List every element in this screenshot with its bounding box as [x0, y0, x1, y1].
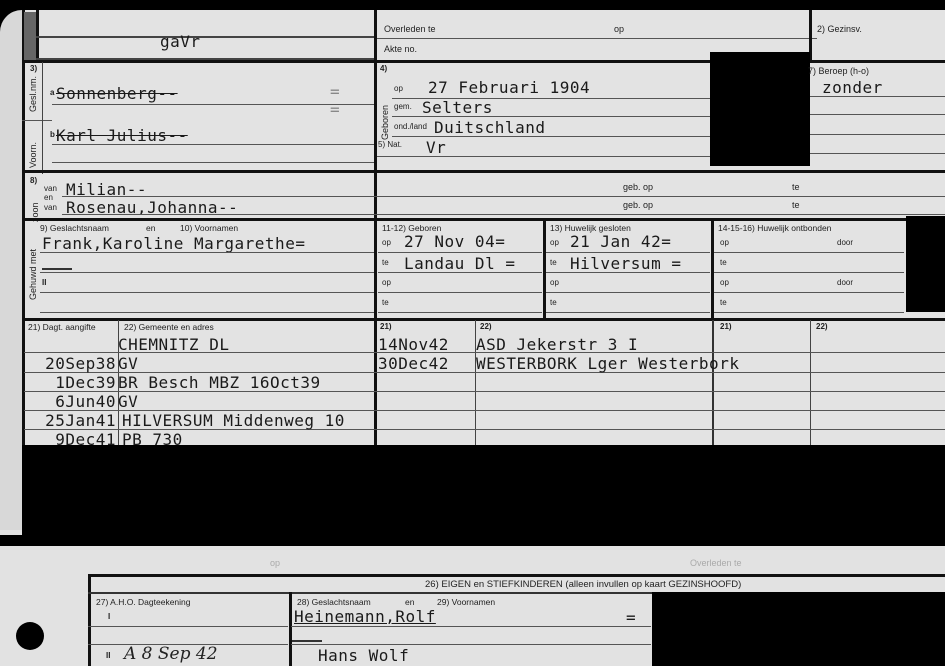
form-border-left — [88, 574, 91, 666]
married-on-value: 21 Jan 42= — [570, 232, 671, 251]
dissolved-on-label: op — [720, 238, 729, 247]
dissolved-at-label: te — [720, 258, 727, 267]
rule — [546, 312, 710, 313]
surname-prefix: a — [50, 88, 54, 97]
nationality-label: 5) Nat. — [378, 140, 402, 149]
rule — [714, 272, 904, 273]
occupation-value: zonder — [822, 78, 883, 97]
surname-side-label: Gesl.nm. — [28, 76, 38, 112]
spouse-born-at-value: Landau Dl = — [404, 254, 515, 273]
rule — [378, 292, 542, 293]
spouse-born-at-label: te — [382, 258, 389, 267]
spouse-born-on-label: op — [382, 238, 391, 247]
rule — [546, 272, 710, 273]
rule — [392, 136, 712, 137]
address-col3-header: 21) — [380, 322, 392, 331]
address-col5-header: 21) — [720, 322, 732, 331]
spouse-name: Frank,Karoline Margarethe= — [42, 234, 305, 253]
mother-born-at-label: te — [792, 200, 800, 210]
column-divider — [289, 592, 292, 666]
column-divider — [543, 218, 546, 320]
rule — [714, 252, 904, 253]
rule — [546, 252, 710, 253]
section-number: 3) — [30, 64, 37, 73]
rule — [52, 162, 374, 163]
rule — [88, 626, 288, 627]
address-col2-header: 22) Gemeente en adres — [124, 322, 214, 332]
married-at-value: Hilversum = — [570, 254, 681, 273]
dissolved-by-label-2: door — [837, 278, 853, 287]
rule — [810, 114, 945, 115]
rule — [291, 626, 651, 627]
father-prefix: van — [44, 184, 57, 193]
strike-mark — [292, 640, 322, 642]
redacted-block — [652, 592, 945, 666]
nationality-value: Vr — [426, 138, 446, 157]
given-side-label: Voorn. — [28, 142, 38, 168]
child-ditto: = — [626, 608, 636, 627]
dissolved-at-label-2: te — [720, 298, 727, 307]
card-form-area: gaVr Overleden te op Akte no. 2) Gezinsv… — [22, 10, 945, 445]
address-col6-header: 22) — [816, 322, 828, 331]
rule — [40, 292, 374, 293]
mother-born-on-label: geb. op — [623, 200, 653, 210]
occupation-label: 7) Beroep (h-o) — [808, 66, 869, 76]
redacted-block — [906, 216, 945, 312]
rule — [22, 120, 52, 121]
section-rule — [22, 318, 945, 321]
section-rule — [22, 218, 945, 221]
column-divider — [711, 218, 714, 320]
child-name: Heinemann,Rolf — [294, 607, 436, 626]
rule — [40, 252, 374, 253]
address-date: 30Dec42 — [378, 354, 449, 373]
ditto-mark: = — [330, 82, 340, 101]
rule — [377, 38, 817, 39]
rule — [62, 214, 945, 215]
rule — [714, 292, 904, 293]
column-divider — [810, 320, 811, 445]
connector: en — [44, 193, 53, 202]
address-date: 20Sep38 — [22, 354, 116, 373]
dissolved-on-label-2: op — [720, 278, 729, 287]
rule — [810, 153, 945, 154]
section-number: 8) — [30, 176, 37, 185]
spouse-born-on-label-2: op — [382, 278, 391, 287]
married-side-label: Gehuwd met — [28, 249, 38, 300]
rule — [52, 104, 374, 105]
rule — [40, 272, 374, 273]
address-entry: HILVERSUM Middenweg 10 — [122, 411, 345, 430]
deed-label: Akte no. — [384, 44, 417, 54]
dark-strip — [24, 12, 36, 62]
birth-date-value: 27 Februari 1904 — [428, 78, 590, 97]
rule — [40, 312, 374, 313]
rule — [291, 644, 651, 645]
married-on-label: op — [550, 238, 559, 247]
header-rule — [36, 36, 374, 38]
death-place-label: Overleden te — [384, 24, 436, 34]
section-rule — [22, 170, 945, 173]
spouse-header-given: 10) Voornamen — [180, 223, 238, 233]
rule — [810, 96, 945, 97]
address-entry: BR Besch MBZ 16Oct39 — [118, 373, 321, 392]
section-rule — [88, 574, 945, 577]
punch-hole — [16, 622, 44, 650]
father-born-at-label: te — [792, 182, 800, 192]
married-at-label: te — [550, 258, 557, 267]
child-header-given: 29) Voornamen — [437, 597, 495, 607]
born-side-label: Geboren — [380, 105, 390, 140]
second-marriage-marker: II — [42, 278, 46, 287]
father-born-on-label: geb. op — [623, 182, 653, 192]
address-date: 1Dec39 — [22, 373, 116, 392]
rule — [378, 312, 542, 313]
birth-municipality-label: gem. — [394, 102, 412, 111]
mother-prefix: van — [44, 203, 57, 212]
rule — [378, 272, 542, 273]
married-on-label-2: op — [550, 278, 559, 287]
redacted-section — [22, 445, 945, 535]
card-edge — [0, 10, 22, 530]
spouse-born-at-label-2: te — [382, 298, 389, 307]
death-date-label: op — [614, 24, 624, 34]
birth-country-value: Duitschland — [434, 118, 545, 137]
ditto-mark: = — [330, 100, 340, 119]
aho-handwritten-date: A 8 Sep 42 — [124, 644, 218, 664]
birth-municipality-value: Selters — [422, 98, 493, 117]
registration-card-bottom: op Overleden te 26) EIGEN en STIEFKINDER… — [0, 546, 945, 666]
children-header: 26) EIGEN en STIEFKINDEREN (alleen invul… — [425, 579, 741, 590]
child-given-2: Hans Wolf — [318, 646, 409, 665]
ghost-death-label: op — [270, 558, 280, 568]
ghost-death-label: Overleden te — [690, 558, 742, 568]
redacted-photo — [710, 52, 810, 166]
rule — [377, 156, 712, 157]
rule — [714, 312, 904, 313]
spouse-header-surname: 9) Geslachtsnaam — [40, 223, 109, 233]
address-entry: GV — [118, 392, 138, 411]
rule — [392, 116, 712, 117]
surname-value: Sonnenberg-- — [56, 84, 178, 103]
child-header-surname: 28) Geslachtsnaam — [297, 597, 371, 607]
given-prefix: b — [50, 130, 55, 139]
column-divider — [374, 10, 377, 445]
dissolved-by-label: door — [837, 238, 853, 247]
aho-row-marker: I — [108, 612, 110, 621]
rule — [52, 144, 374, 145]
rule — [810, 134, 945, 135]
spouse-header-en: en — [146, 223, 155, 233]
column-divider — [712, 320, 714, 445]
nationality-code: gaVr — [160, 32, 201, 51]
address-entry: GV — [118, 354, 138, 373]
rule — [62, 196, 945, 197]
rule — [546, 292, 710, 293]
address-date: 6Jun40 — [22, 392, 116, 411]
given-names-value: Karl Julius-- — [56, 126, 188, 145]
married-at-label-2: te — [550, 298, 557, 307]
child-header-en: en — [405, 597, 414, 607]
rule — [378, 252, 542, 253]
aho-row-marker: II — [106, 651, 110, 660]
dissolved-header: 14-15-16) Huwelijk ontbonden — [718, 223, 831, 233]
spouse-born-on-value: 27 Nov 04= — [404, 232, 505, 251]
address-col1-header: 21) Dagt. aangifte — [28, 322, 96, 332]
aho-header: 27) A.H.O. Dagteekening — [96, 597, 191, 607]
birth-date-label: op — [394, 84, 403, 93]
address-date: 14Nov42 — [378, 335, 449, 354]
rule — [42, 62, 43, 174]
address-entry: ASD Jekerstr 3 I — [476, 335, 638, 354]
section-number: 4) — [380, 64, 387, 73]
family-label: 2) Gezinsv. — [817, 24, 862, 34]
address-date: 25Jan41 — [22, 411, 116, 430]
birth-country-label: ond./land — [394, 122, 427, 131]
address-entry: WESTERBORK Lger Westerbork — [476, 354, 739, 373]
address-col4-header: 22) — [480, 322, 492, 331]
address-entry: CHEMNITZ DL — [118, 335, 229, 354]
strike-mark — [42, 268, 72, 270]
